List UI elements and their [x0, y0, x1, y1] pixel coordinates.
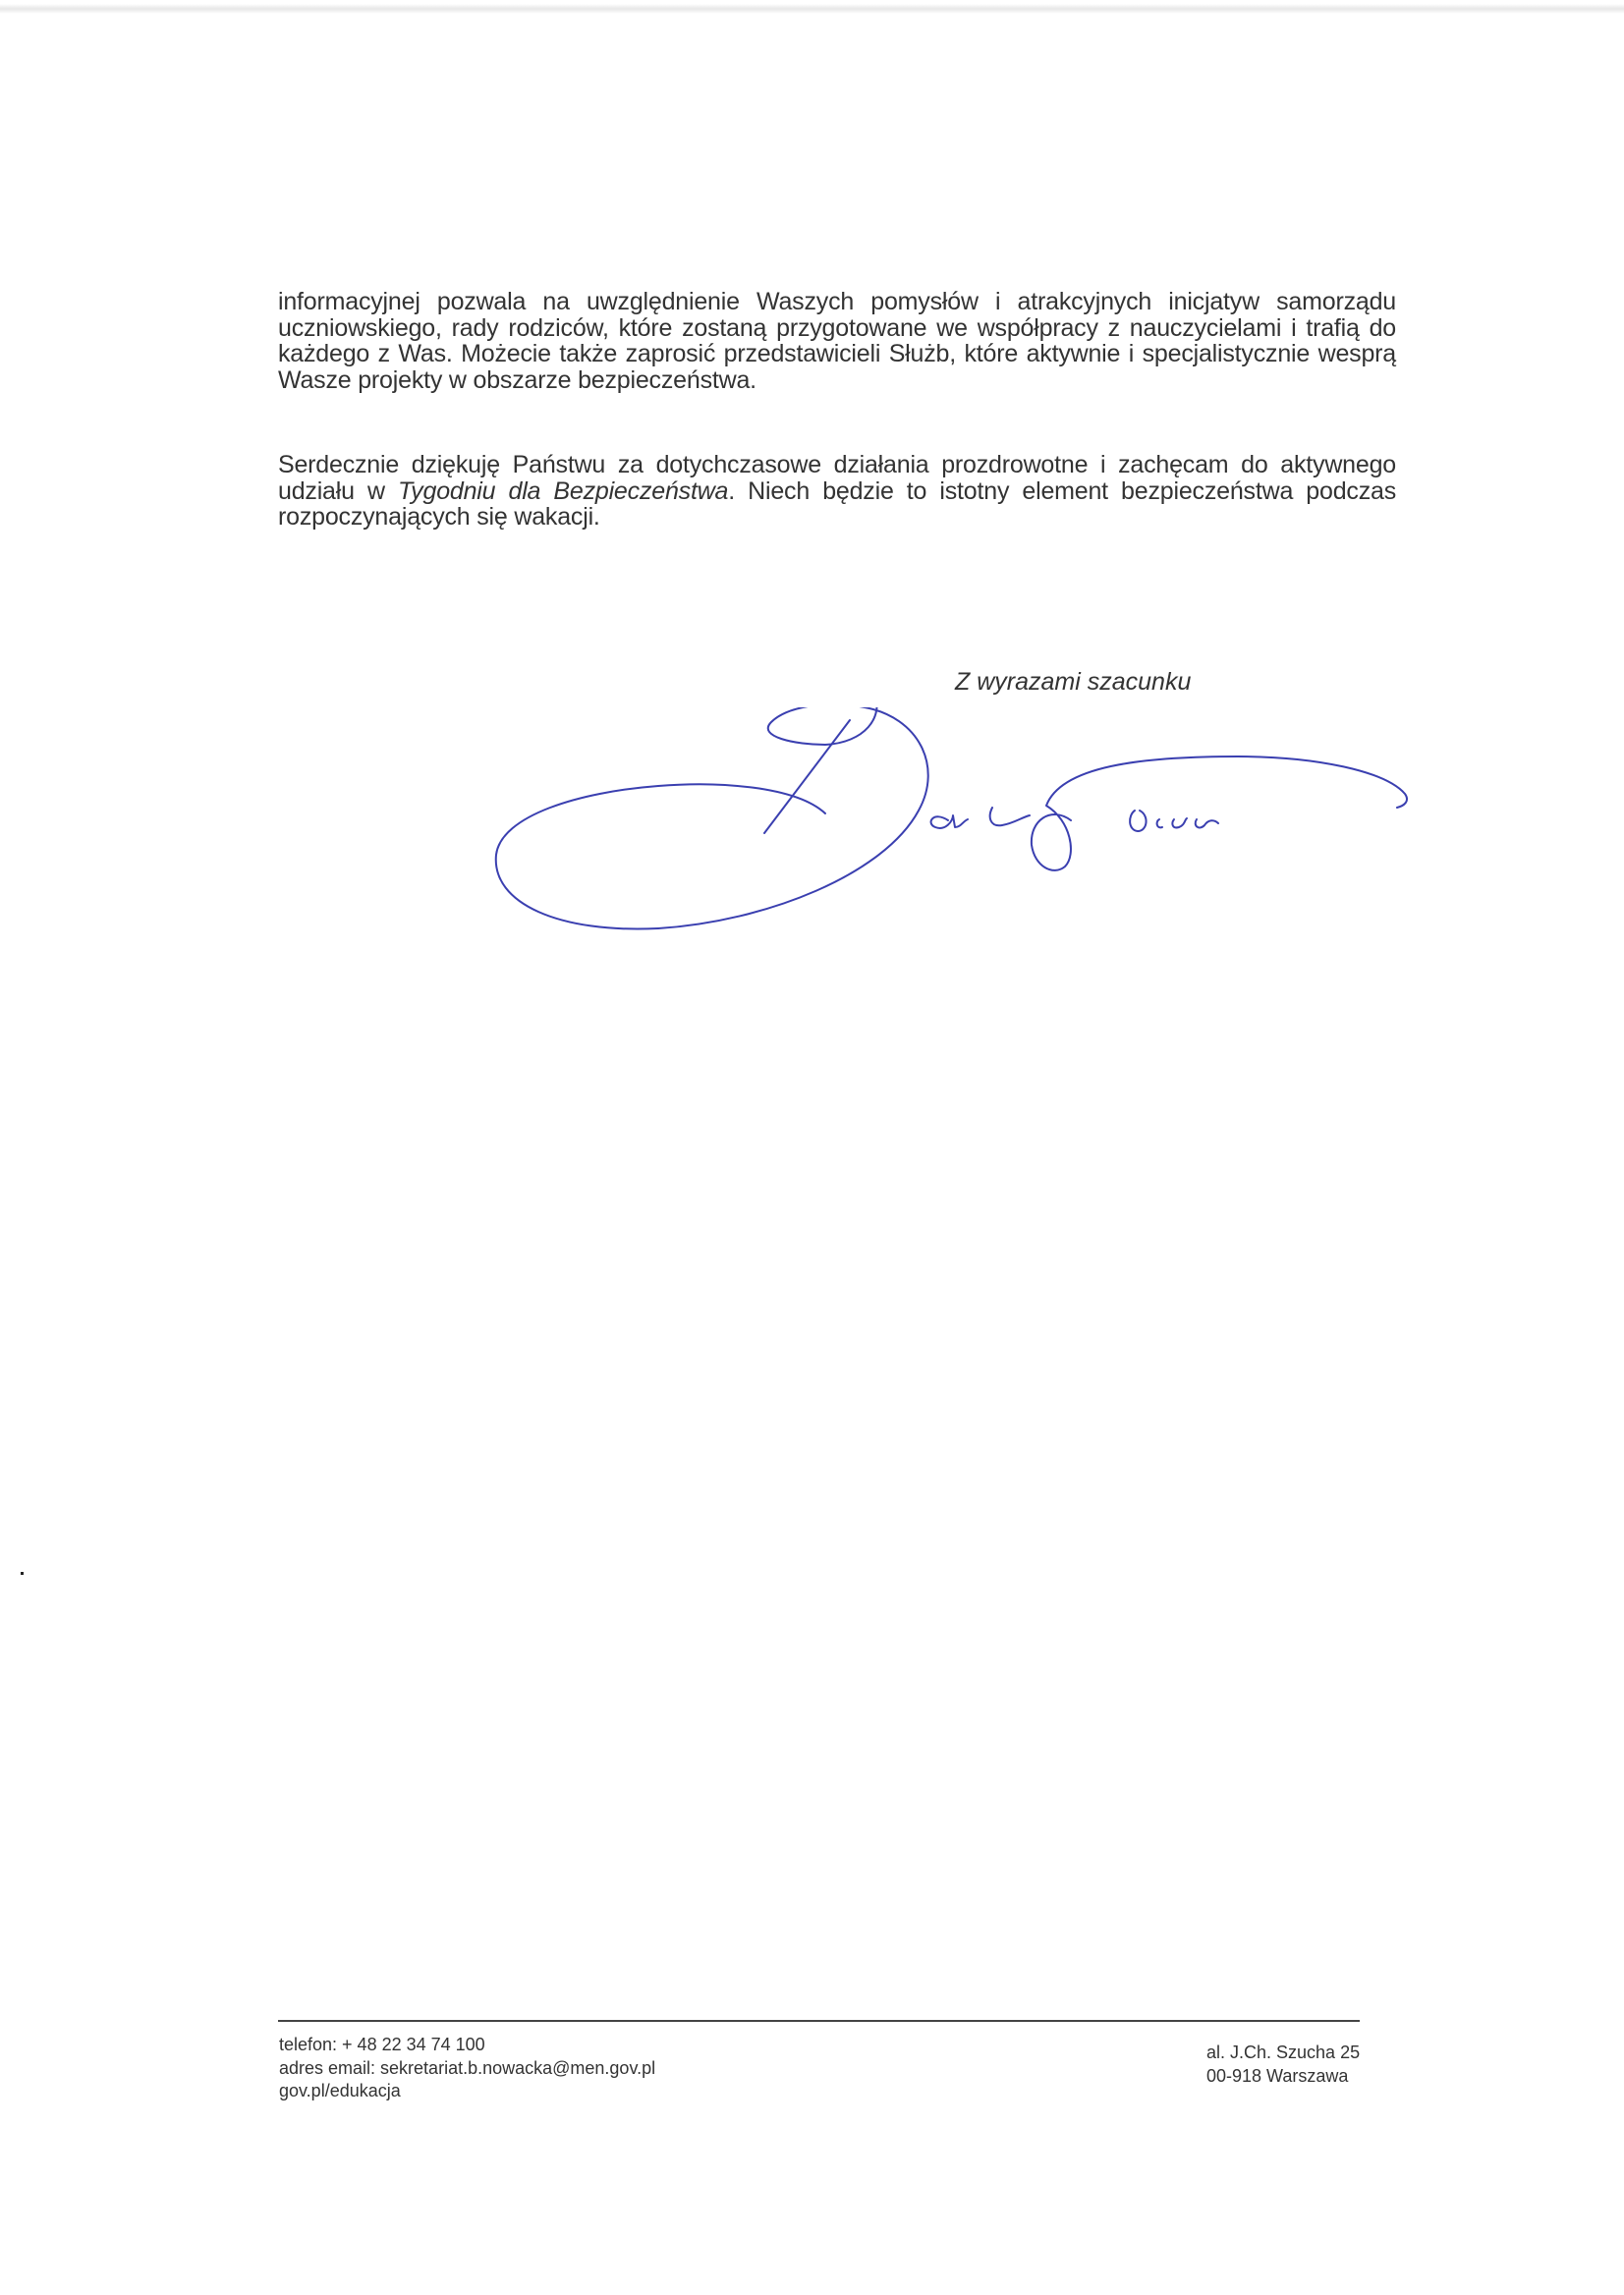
scan-artifact-dot	[21, 1572, 24, 1575]
footer-phone: telefon: + 48 22 34 74 100	[279, 2034, 655, 2057]
event-name: Tygodniu dla Bezpieczeństwa	[398, 477, 728, 505]
paragraph-text: Serdecznie dziękuję Państwu za dotychcza…	[278, 452, 1396, 531]
handwritten-signature	[472, 707, 1415, 933]
footer-address-city: 00-918 Warszawa	[1206, 2065, 1360, 2089]
footer-email: adres email: sekretariat.b.nowacka@men.g…	[279, 2057, 655, 2081]
letter-paragraph-2: Serdecznie dziękuję Państwu za dotychcza…	[278, 452, 1396, 531]
footer-website: gov.pl/edukacja	[279, 2080, 655, 2103]
closing-salutation: Z wyrazami szacunku	[955, 668, 1191, 697]
footer-address-street: al. J.Ch. Szucha 25	[1206, 2042, 1360, 2065]
footer-address: al. J.Ch. Szucha 25 00-918 Warszawa	[1206, 2042, 1360, 2088]
letter-paragraph-1: informacyjnej pozwala na uwzględnienie W…	[278, 289, 1396, 393]
scan-edge-shadow	[0, 4, 1624, 14]
paragraph-text: informacyjnej pozwala na uwzględnienie W…	[278, 289, 1396, 393]
footer-contact: telefon: + 48 22 34 74 100 adres email: …	[279, 2034, 655, 2103]
footer-divider	[278, 2020, 1360, 2022]
